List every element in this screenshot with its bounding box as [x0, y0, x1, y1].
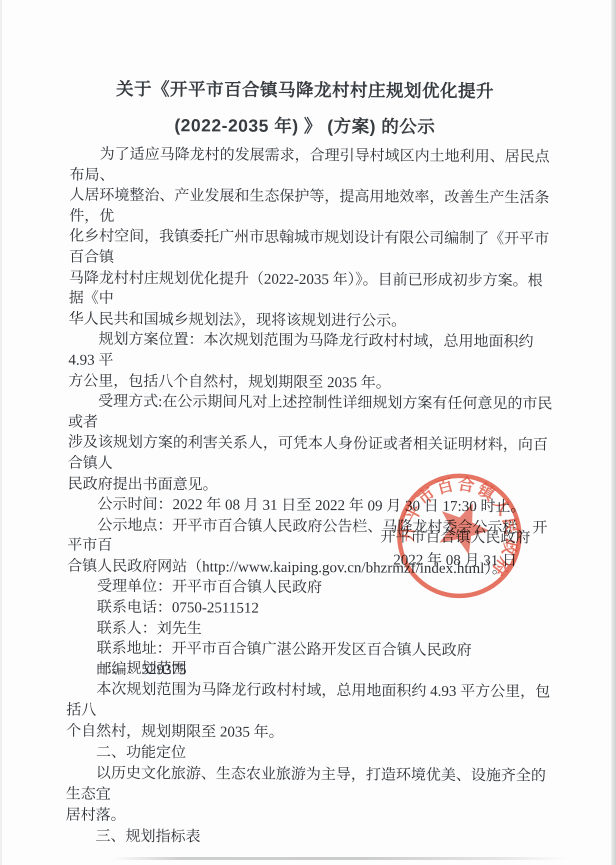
section-planning-scope: 一、规划范围 本次规划范围为马降龙行政村村域，总用地面积约 4.93 平方公里，…	[66, 659, 553, 746]
section-functional-positioning: 二、功能定位 以历史文化旅游、生态农业旅游为主导，打造环境优美、设施齐全的生态宜…	[66, 743, 553, 830]
notice-paragraph-intro: 为了适应马降龙村的发展需求，合理引导村域区内土地利用、居民点布局、 人居环境整治…	[69, 145, 556, 333]
scan-right-edge	[611, 0, 616, 865]
notice-paragraph-method: 受理方式:在公示期间凡对上述控制性详细规划方案有任何意见的市民或者 涉及该规划方…	[68, 392, 555, 498]
scan-left-edge	[0, 0, 2, 865]
signature-block: 开平市百合镇人民政府 2022 年 08 月 31 日	[355, 526, 555, 573]
notice-paragraph-accept-unit: 受理单位：开平市百合镇人民政府	[67, 577, 553, 601]
scan-bottom-smudge	[112, 857, 568, 860]
notice-paragraph-phone: 联系电话：0750-2511512	[67, 598, 553, 622]
signature-org: 开平市百合镇人民政府	[355, 526, 555, 550]
section-planning-indicator-table: 三、规划指标表	[65, 827, 551, 851]
notice-paragraph-time: 公示时间：2022 年 08 月 31 日至 2022 年 09 月 30 日 …	[67, 495, 553, 519]
notice-paragraph-location: 规划方案位置：本次规划范围为马降龙行政村村域，总用地面积约 4.93 平 方公里…	[68, 330, 554, 395]
page-title: 关于《开平市百合镇马降龙村村庄规划优化提升 (2022-2035 年) 》 (方…	[2, 70, 608, 146]
signature-date: 2022 年 08 月 31 日	[355, 549, 555, 573]
notice-page: 关于《开平市百合镇马降龙村村庄规划优化提升 (2022-2035 年) 》 (方…	[0, 0, 616, 865]
notice-body: 为了适应马降龙村的发展需求，合理引导村域区内土地利用、居民点布局、 人居环境整治…	[66, 145, 555, 683]
plan-summary-sections: 一、规划范围 本次规划范围为马降龙行政村村域，总用地面积约 4.93 平方公里，…	[65, 659, 552, 851]
notice-paragraph-contact: 联系人：刘先生	[67, 618, 553, 642]
scanned-document-content: 关于《开平市百合镇马降龙村村庄规划优化提升 (2022-2035 年) 》 (方…	[0, 0, 616, 865]
